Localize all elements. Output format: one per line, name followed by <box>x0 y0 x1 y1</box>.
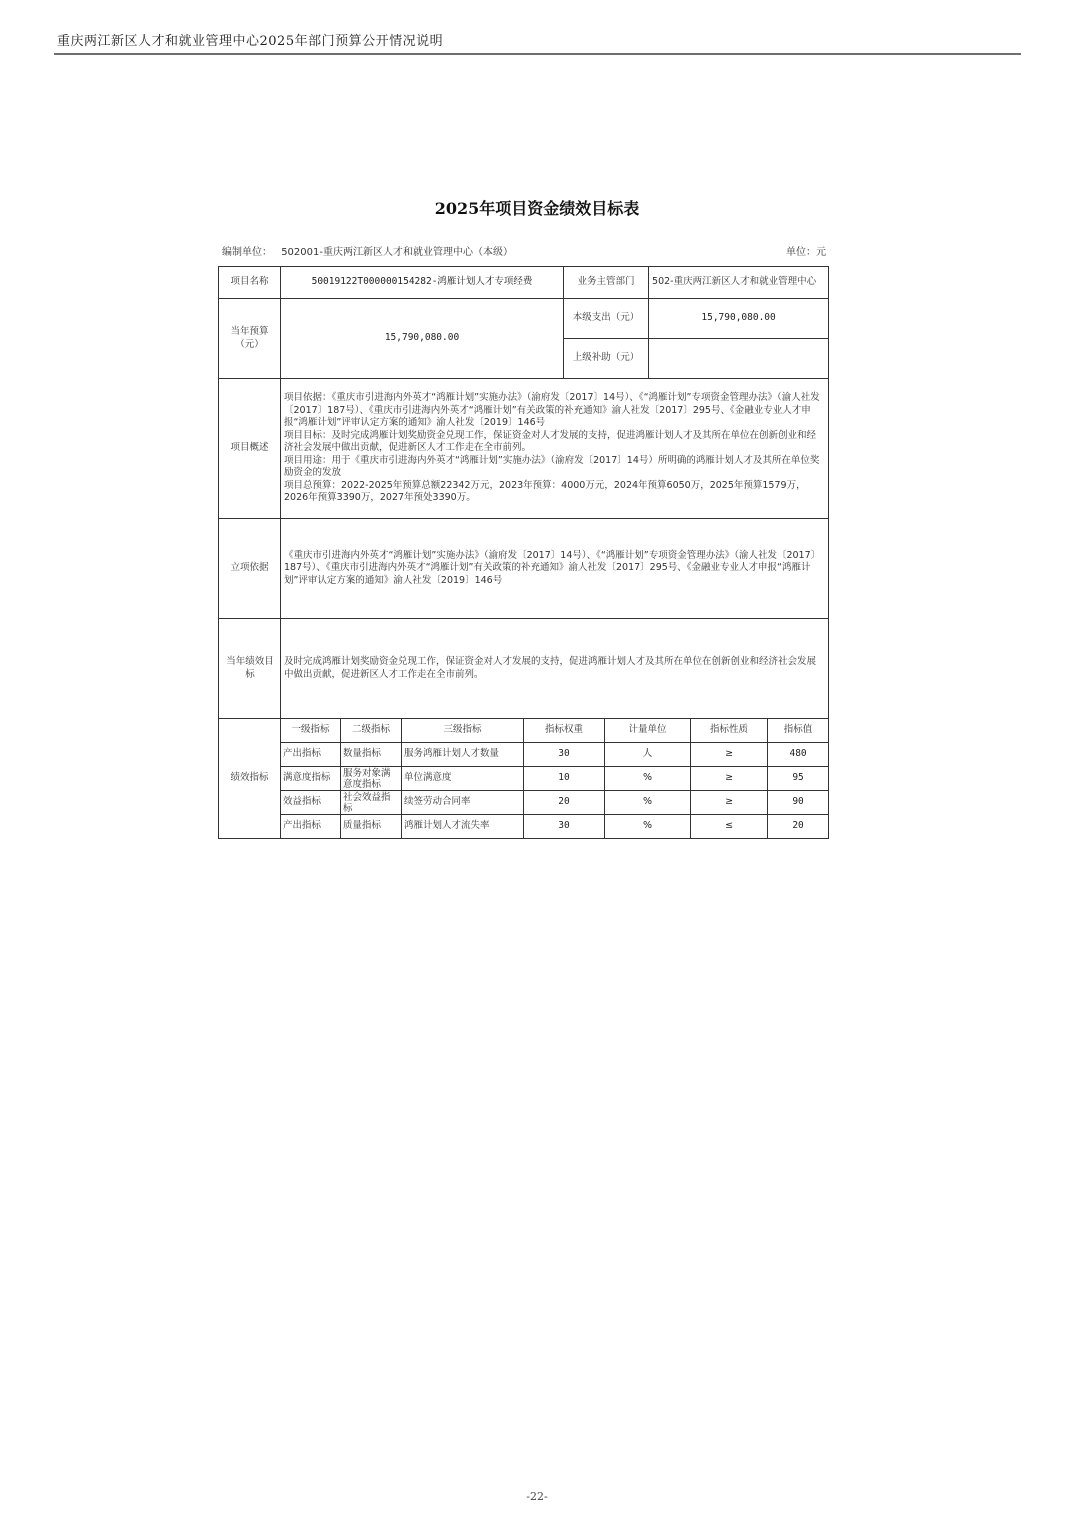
performance-table: 项目名称 50019122T000000154282-鸿雁计划人才专项经费 业务… <box>218 266 829 839</box>
metric-value: 95 <box>768 767 829 791</box>
dept-label: 业务主管部门 <box>564 267 649 299</box>
compiler-value: 502001-重庆两江新区人才和就业管理中心（本级） <box>281 247 513 258</box>
project-name-row: 项目名称 50019122T000000154282-鸿雁计划人才专项经费 业务… <box>219 267 829 299</box>
overview-goal: 项目目标：及时完成鸿雁计划奖励资金兑现工作，保证资金对人才发展的支持，促进鸿雁计… <box>284 430 825 455</box>
metric-level1: 满意度指标 <box>281 767 341 791</box>
metrics-header: 计量单位 <box>605 719 691 743</box>
metric-value: 90 <box>768 791 829 815</box>
metric-row: 产出指标 数量指标 服务鸿雁计划人才数量 30 人 ≥ 480 <box>219 743 829 767</box>
overview-label: 项目概述 <box>219 379 281 519</box>
basis-text: 《重庆市引进海内外英才“鸿雁计划”实施办法》（渝府发〔2017〕14号）、《“鸿… <box>281 519 829 619</box>
document-title: 2025年项目资金绩效目标表 <box>0 196 1074 219</box>
metric-level2: 质量指标 <box>341 815 402 839</box>
metrics-header: 指标性质 <box>691 719 768 743</box>
overview-text: 项目依据：《重庆市引进海内外英才“鸿雁计划”实施办法》（渝府发〔2017〕14号… <box>281 379 829 519</box>
metric-row: 产出指标 质量指标 鸿雁计划人才流失率 30 % ≤ 20 <box>219 815 829 839</box>
metric-level3: 服务鸿雁计划人才数量 <box>402 743 524 767</box>
metric-level1: 产出指标 <box>281 743 341 767</box>
metric-weight: 20 <box>524 791 605 815</box>
metrics-header: 三级指标 <box>402 719 524 743</box>
goal-row: 当年绩效目标 及时完成鸿雁计划奖励资金兑现工作，保证资金对人才发展的支持，促进鸿… <box>219 619 829 719</box>
metric-row: 效益指标 社会效益指标 续签劳动合同率 20 % ≥ 90 <box>219 791 829 815</box>
metric-nature: ≥ <box>691 791 768 815</box>
metrics-header: 指标权重 <box>524 719 605 743</box>
goal-label: 当年绩效目标 <box>219 619 281 719</box>
goal-text: 及时完成鸿雁计划奖励资金兑现工作，保证资金对人才发展的支持，促进鸿雁计划人才及其… <box>281 619 829 719</box>
header-rule <box>54 53 1021 55</box>
metric-level2: 服务对象满意度指标 <box>341 767 402 791</box>
subsidy-label: 上级补助（元） <box>564 339 649 379</box>
metric-value: 480 <box>768 743 829 767</box>
metric-unit: % <box>605 791 691 815</box>
metric-unit: 人 <box>605 743 691 767</box>
metrics-header: 一级指标 <box>281 719 341 743</box>
overview-usage: 项目用途：用于《重庆市引进海内外英才“鸿雁计划”实施办法》（渝府发〔2017〕1… <box>284 455 825 480</box>
metrics-label: 绩效指标 <box>219 719 281 839</box>
unit-label: 单位：元 <box>786 243 826 258</box>
page-number: -22- <box>0 1490 1074 1503</box>
metric-weight: 30 <box>524 743 605 767</box>
overview-basis: 项目依据：《重庆市引进海内外英才“鸿雁计划”实施办法》（渝府发〔2017〕14号… <box>284 392 825 430</box>
metrics-header: 二级指标 <box>341 719 402 743</box>
project-name-value: 50019122T000000154282-鸿雁计划人才专项经费 <box>281 267 564 299</box>
subsidy-value <box>649 339 829 379</box>
overview-total-budget: 项目总预算：2022-2025年预算总额22342万元，2023年预算：4000… <box>284 480 825 505</box>
budget-label: 当年预算（元） <box>219 299 281 379</box>
own-expense-row: 当年预算（元） 15,790,080.00 本级支出（元） 15,790,080… <box>219 299 829 339</box>
metric-level1: 效益指标 <box>281 791 341 815</box>
compiler-label: 编制单位： <box>222 247 272 258</box>
budget-value: 15,790,080.00 <box>281 299 564 379</box>
dept-value: 502-重庆两江新区人才和就业管理中心 <box>649 267 829 299</box>
metric-level1: 产出指标 <box>281 815 341 839</box>
metric-level3: 续签劳动合同率 <box>402 791 524 815</box>
basis-label: 立项依据 <box>219 519 281 619</box>
metric-level3: 鸿雁计划人才流失率 <box>402 815 524 839</box>
metric-row: 满意度指标 服务对象满意度指标 单位满意度 10 % ≥ 95 <box>219 767 829 791</box>
compiler-info: 编制单位： 502001-重庆两江新区人才和就业管理中心（本级） <box>222 243 513 258</box>
metric-nature: ≤ <box>691 815 768 839</box>
metrics-header: 指标值 <box>768 719 829 743</box>
metric-nature: ≥ <box>691 743 768 767</box>
metric-level3: 单位满意度 <box>402 767 524 791</box>
metric-unit: % <box>605 767 691 791</box>
metric-nature: ≥ <box>691 767 768 791</box>
metric-level2: 数量指标 <box>341 743 402 767</box>
metrics-header-row: 绩效指标 一级指标 二级指标 三级指标 指标权重 计量单位 指标性质 指标值 <box>219 719 829 743</box>
overview-row: 项目概述 项目依据：《重庆市引进海内外英才“鸿雁计划”实施办法》（渝府发〔201… <box>219 379 829 519</box>
metric-level2: 社会效益指标 <box>341 791 402 815</box>
project-name-label: 项目名称 <box>219 267 281 299</box>
own-expense-value: 15,790,080.00 <box>649 299 829 339</box>
basis-row: 立项依据 《重庆市引进海内外英才“鸿雁计划”实施办法》（渝府发〔2017〕14号… <box>219 519 829 619</box>
metric-weight: 30 <box>524 815 605 839</box>
metric-unit: % <box>605 815 691 839</box>
own-expense-label: 本级支出（元） <box>564 299 649 339</box>
metric-value: 20 <box>768 815 829 839</box>
running-header: 重庆两江新区人才和就业管理中心2025年部门预算公开情况说明 <box>57 30 443 49</box>
metric-weight: 10 <box>524 767 605 791</box>
